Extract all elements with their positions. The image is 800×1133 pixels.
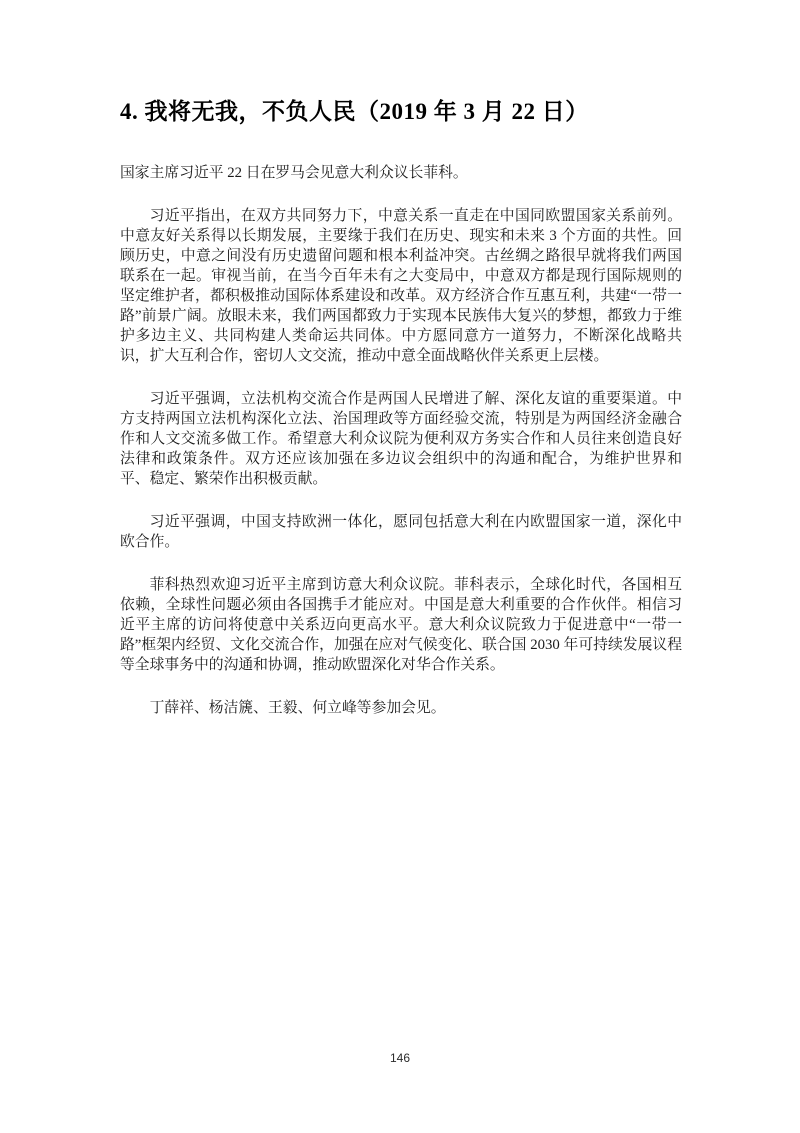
lead-paragraph: 国家主席习近平 22 日在罗马会见意大利众议长菲科。 [120, 163, 682, 183]
page-number: 146 [0, 1051, 800, 1065]
body-paragraph-1: 习近平指出，在双方共同努力下，中意关系一直走在中国同欧盟国家关系前列。中意友好关… [120, 206, 682, 366]
body-paragraph-4: 菲科热烈欢迎习近平主席到访意大利众议院。菲科表示，全球化时代，各国相互依赖，全球… [120, 575, 682, 675]
body-paragraph-5: 丁薛祥、杨洁篪、王毅、何立峰等参加会见。 [120, 698, 682, 718]
document-title: 4. 我将无我，不负人民（2019 年 3 月 22 日） [120, 94, 682, 130]
body-paragraph-2: 习近平强调，立法机构交流合作是两国人民增进了解、深化友谊的重要渠道。中方支持两国… [120, 389, 682, 489]
document-page: 4. 我将无我，不负人民（2019 年 3 月 22 日） 国家主席习近平 22… [0, 0, 800, 1133]
body-paragraph-3: 习近平强调，中国支持欧洲一体化，愿同包括意大利在内欧盟国家一道，深化中欧合作。 [120, 512, 682, 552]
document-content: 4. 我将无我，不负人民（2019 年 3 月 22 日） 国家主席习近平 22… [120, 0, 682, 718]
